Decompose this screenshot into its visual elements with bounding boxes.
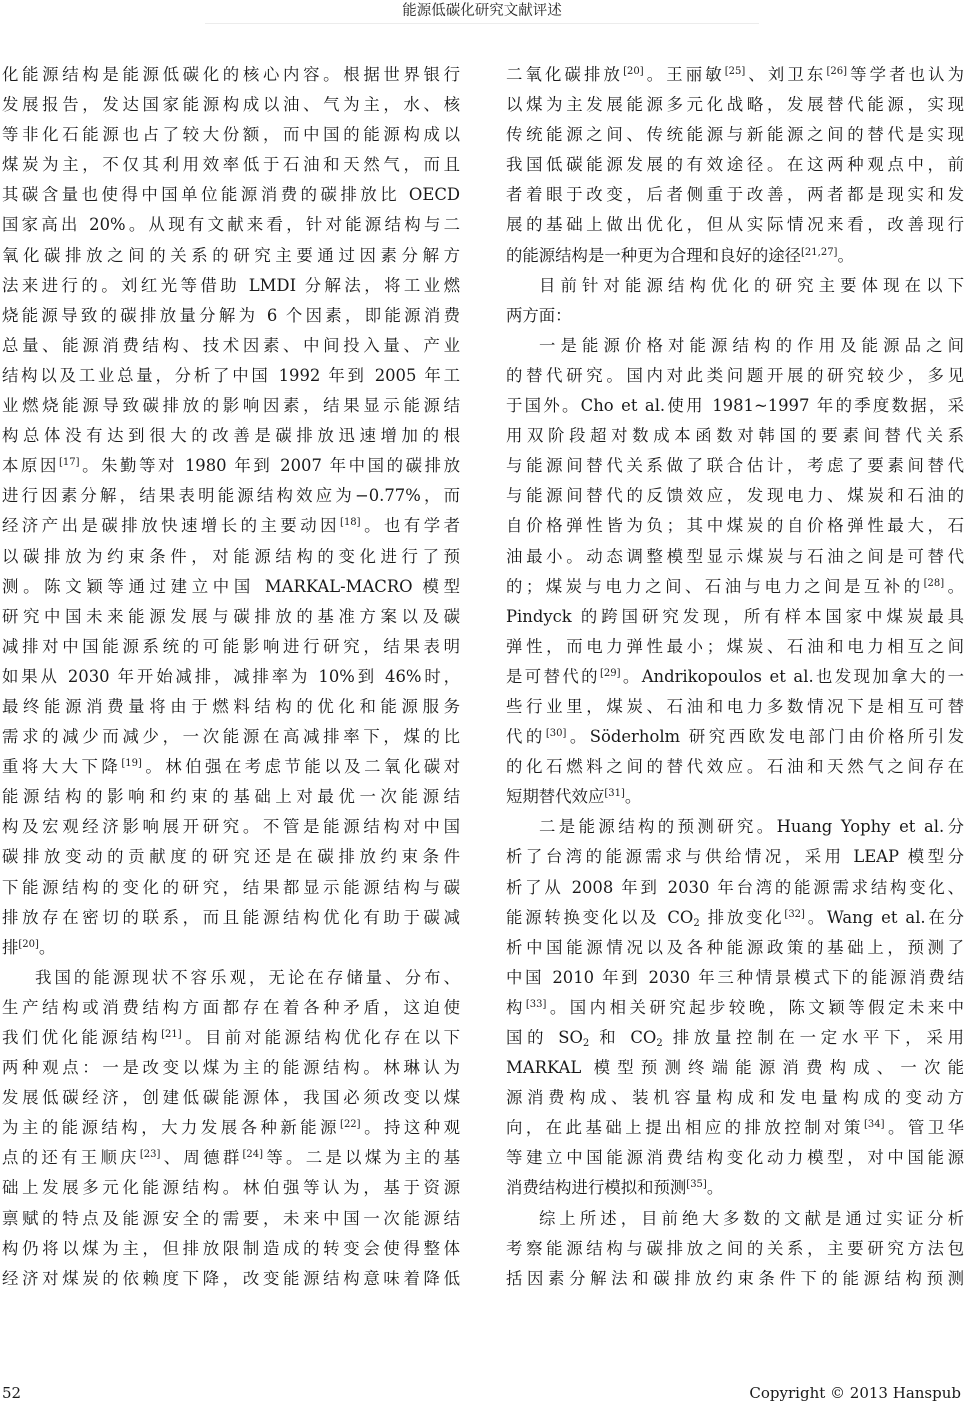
text-line: 向，在此基础上提出相应的排放控制对策[34]。管卫华: [506, 1113, 964, 1143]
text-run: 构仍将以煤为主，但排放限制造成的转变会使得整体: [2, 1239, 460, 1258]
text-run: 和 CO: [589, 1028, 656, 1047]
text-run: 。王丽敏: [644, 65, 725, 84]
text-run: 综上所述，目前绝大多数的文献是通过实证分析: [539, 1209, 964, 1228]
text-run: 业燃烧能源导致碳排放的影响因素，结果显示能源结: [2, 396, 460, 415]
text-run: Pindyck 的跨国研究发现，所有样本国家中煤炭最具: [506, 607, 964, 626]
text-run: 于国外。Cho et al.使用 1981~1997 年的季度数据，采: [506, 396, 964, 415]
text-line: 用双阶段超对数成本函数对韩国的要素间替代关系: [506, 421, 964, 451]
text-run: 我国低碳能源发展的有效途径。在这两种观点中，前: [506, 155, 964, 174]
text-line: 二氧化碳排放[20]。王丽敏[25]、刘卫东[26]等学者也认为: [506, 60, 964, 90]
text-line: 础上发展多元化能源结构。林伯强等认为，基于资源: [2, 1173, 460, 1203]
text-line: 构及宏观经济影响展开研究。不管是能源结构对中国: [2, 812, 460, 842]
text-line: 综上所述，目前绝大多数的文献是通过实证分析: [506, 1204, 964, 1234]
text-run: 烧能源导致的碳排放量分解为 6 个因素，即能源消费: [2, 306, 460, 325]
copyright-notice: Copyright © 2013 Hanspub: [749, 1384, 961, 1402]
text-run: 的；煤炭与电力之间、石油与电力之间是互补的: [506, 577, 924, 596]
text-line: 结构以及工业总量，分析了中国 1992 年到 2005 年工: [2, 361, 460, 391]
text-run: 等非化石能源也占了较大份额，而中国的能源构成以: [2, 125, 460, 144]
text-line: 进行因素分解，结果表明能源结构效应为−0.77%，而: [2, 481, 460, 511]
text-run: 禀赋的特点及能源安全的需要，未来中国一次能源结: [2, 1209, 460, 1228]
text-run: 我们优化能源结构: [2, 1028, 161, 1047]
text-line: 于国外。Cho et al.使用 1981~1997 年的季度数据，采: [506, 391, 964, 421]
text-run: 析了台湾的能源需求与供给情况，采用 LEAP 模型分: [506, 847, 964, 866]
text-run: 重将大大下降: [2, 757, 121, 776]
text-line: 析中国能源情况以及各种能源政策的基础上，预测了: [506, 933, 964, 963]
text-run: 碳排放变动的贡献度的研究还是在碳排放约束条件: [2, 847, 460, 866]
text-run: 、周德群: [160, 1148, 242, 1167]
text-line: 排放存在密切的联系，而且能源结构优化有助于碳减: [2, 903, 460, 933]
text-run: 两种观点：一是改变以煤为主的能源结构。林琳认为: [2, 1058, 460, 1077]
text-line: 生产结构或消费结构方面都存在着各种矛盾，这迫使: [2, 993, 460, 1023]
text-line: 自价格弹性皆为负；其中煤炭的自价格弹性最大，石: [506, 511, 964, 541]
text-run: 构及宏观经济影响展开研究。不管是能源结构对中国: [2, 817, 460, 836]
text-run: MARKAL 模型预测终端能源消费构成、一次能: [506, 1058, 964, 1077]
text-run: 。Söderholm 研究西欧发电部门由价格所引发: [566, 727, 964, 746]
text-line: 经济产出是碳排放快速增长的主要动因[18]。也有学者: [2, 511, 460, 541]
text-run: 。Andrikopoulos et al.也发现加拿大的一: [621, 667, 964, 686]
text-line: 的能源结构是一种更为合理和良好的途径[21,27]。: [506, 241, 964, 271]
text-run: 础上发展多元化能源结构。林伯强等认为，基于资源: [2, 1178, 460, 1197]
text-run: 我国的能源现状不容乐观，无论在存储量、分布、: [35, 968, 460, 987]
text-run: 等。二是以煤为主的基: [263, 1148, 460, 1167]
text-line: 排[20]。: [2, 933, 460, 963]
text-line: 等非化石能源也占了较大份额，而中国的能源构成以: [2, 120, 460, 150]
text-line: 国的 SO2 和 CO2 排放量控制在一定水平下，采用: [506, 1023, 964, 1053]
text-run: 。Wang et al.在分: [805, 908, 964, 927]
text-line: 者着眼于改变，后者侧重于改善，两者都是现实和发: [506, 180, 964, 210]
text-run: 下能源结构的变化的研究，结果都显示能源结构与碳: [2, 878, 460, 897]
text-run: 发展低碳经济，创建低碳能源体，我国必须改变以煤: [2, 1088, 460, 1107]
text-run: 如果从 2030 年开始减排，减排率为 10%到 46%时，: [2, 667, 460, 686]
text-run: 二氧化碳排放: [506, 65, 623, 84]
text-line: 研究中国未来能源发展与碳排放的基准方案以及碳: [2, 602, 460, 632]
text-line: 以煤为主发展能源多元化战略，发展替代能源，实现: [506, 90, 964, 120]
citation-ref: [31]: [604, 788, 625, 799]
running-header: 能源低碳化研究文献评述: [0, 0, 964, 24]
text-line: 源消费构成、装机容量构成和发电量构成的变动方: [506, 1083, 964, 1113]
text-line: 的化石燃料之间的替代效应。石油和天然气之间存在: [506, 752, 964, 782]
text-line: 与能源间替代关系做了联合估计，考虑了要素间替代: [506, 451, 964, 481]
text-run: 化能源结构是能源低碳化的核心内容。根据世界银行: [2, 65, 460, 84]
text-run: 本原因: [2, 456, 59, 475]
text-run: 。国内相关研究起步较晚，陈文颖等假定未来中: [546, 998, 964, 1017]
text-line: 法来进行的。刘红光等借助 LMDI 分解法，将工业燃: [2, 271, 460, 301]
text-run: 法来进行的。刘红光等借助 LMDI 分解法，将工业燃: [2, 276, 460, 295]
text-line: 发展低碳经济，创建低碳能源体，我国必须改变以煤: [2, 1083, 460, 1113]
text-run: 经济对煤炭的依赖度下降，改变能源结构意味着降低: [2, 1269, 460, 1288]
text-run: 总量、能源消费结构、技术因素、中间投入量、产业: [2, 336, 460, 355]
text-run: 排放变化: [700, 908, 785, 927]
right-text-column: 二氧化碳排放[20]。王丽敏[25]、刘卫东[26]等学者也认为以煤为主发展能源…: [506, 60, 964, 1294]
text-run: 是可替代的: [506, 667, 600, 686]
text-run: 发展报告，发达国家能源构成以油、气为主，水、核: [2, 95, 460, 114]
text-line: 二是能源结构的预测研究。Huang Yophy et al.分: [506, 812, 964, 842]
text-line: 构仍将以煤为主，但排放限制造成的转变会使得整体: [2, 1234, 460, 1264]
text-line: 煤炭为主，不仅其利用效率低于石油和天然气，而且: [2, 150, 460, 180]
text-line: 禀赋的特点及能源安全的需要，未来中国一次能源结: [2, 1204, 460, 1234]
text-run: 、刘卫东: [745, 65, 826, 84]
text-run: 需求的减少而减少，一次能源在高减排率下，煤的比: [2, 727, 460, 746]
text-run: 传统能源之间、传统能源与新能源之间的替代是实现: [506, 125, 964, 144]
citation-ref: [21,27]: [801, 247, 837, 258]
text-run: 等学者也认为: [847, 65, 964, 84]
text-line: 我国低碳能源发展的有效途径。在这两种观点中，前: [506, 150, 964, 180]
text-line: 国家高出 20%。从现有文献来看，针对能源结构与二: [2, 210, 460, 240]
text-line: 其碳含量也使得中国单位能源消费的碳排放比 OECD: [2, 180, 460, 210]
text-line: 是可替代的[29]。Andrikopoulos et al.也发现加拿大的一: [506, 662, 964, 692]
text-run: 等建立中国能源消费结构变化动力模型，对中国能源: [506, 1148, 964, 1167]
text-run: 结构以及工业总量，分析了中国 1992 年到 2005 年工: [2, 366, 460, 385]
citation-ref: [23]: [140, 1149, 161, 1160]
citation-ref: [26]: [826, 66, 847, 77]
text-line: 中国 2010 年到 2030 年三种情景模式下的能源消费结: [506, 963, 964, 993]
text-run: 油最小。动态调整模型显示煤炭与石油之间是可替代: [506, 547, 964, 566]
text-run: 排放存在密切的联系，而且能源结构优化有助于碳减: [2, 908, 460, 927]
citation-ref: [35]: [686, 1179, 707, 1190]
text-run: 国的 SO: [506, 1028, 583, 1047]
text-run: 。朱勤等对 1980 年到 2007 年中国的碳排放: [80, 456, 461, 475]
text-run: 生产结构或消费结构方面都存在着各种矛盾，这迫使: [2, 998, 460, 1017]
text-line: 考察能源结构与碳排放之间的关系，主要研究方法包: [506, 1234, 964, 1264]
text-line: 碳排放变动的贡献度的研究还是在碳排放约束条件: [2, 842, 460, 872]
citation-ref: [18]: [340, 517, 361, 528]
text-line: 如果从 2030 年开始减排，减排率为 10%到 46%时，: [2, 662, 460, 692]
text-line: 发展报告，发达国家能源构成以油、气为主，水、核: [2, 90, 460, 120]
text-run: 以煤为主发展能源多元化战略，发展替代能源，实现: [506, 95, 964, 114]
text-run: 。: [625, 787, 641, 806]
text-line: Pindyck 的跨国研究发现，所有样本国家中煤炭最具: [506, 602, 964, 632]
text-run: 经济产出是碳排放快速增长的主要动因: [2, 516, 340, 535]
text-run: 的化石燃料之间的替代效应。石油和天然气之间存在: [506, 757, 964, 776]
text-line: MARKAL 模型预测终端能源消费构成、一次能: [506, 1053, 964, 1083]
text-line: 烧能源导致的碳排放量分解为 6 个因素，即能源消费: [2, 301, 460, 331]
text-run: 排放量控制在一定水平下，采用: [663, 1028, 964, 1047]
citation-ref: [32]: [784, 909, 805, 920]
text-line: 析了从 2008 年到 2030 年台湾的能源需求结构变化、: [506, 873, 964, 903]
text-run: 以碳排放为约束条件，对能源结构的变化进行了预: [2, 547, 460, 566]
text-run: 与能源间替代关系做了联合估计，考虑了要素间替代: [506, 456, 964, 475]
text-run: 构: [506, 998, 526, 1017]
text-run: 最终能源消费量将由于燃料结构的优化和能源服务: [2, 697, 460, 716]
text-line: 总量、能源消费结构、技术因素、中间投入量、产业: [2, 331, 460, 361]
text-line: 与能源间替代的反馈效应，发现电力、煤炭和石油的: [506, 481, 964, 511]
text-line: 短期替代效应[31]。: [506, 782, 964, 812]
citation-ref: [22]: [340, 1119, 361, 1130]
text-run: 能源结构的影响和约束的基础上对最优一次能源结: [2, 787, 460, 806]
text-line: 能源结构的影响和约束的基础上对最优一次能源结: [2, 782, 460, 812]
text-line: 以碳排放为约束条件，对能源结构的变化进行了预: [2, 542, 460, 572]
text-line: 我们优化能源结构[21]。目前对能源结构优化存在以下: [2, 1023, 460, 1053]
text-line: 析了台湾的能源需求与供给情况，采用 LEAP 模型分: [506, 842, 964, 872]
text-line: 两方面：: [506, 301, 964, 331]
text-run: 源消费构成、装机容量构成和发电量构成的变动方: [506, 1088, 964, 1107]
text-run: 其碳含量也使得中国单位能源消费的碳排放比 OECD: [2, 185, 460, 204]
text-line: 为主的能源结构，大力发展各种新能源[22]。持这种观: [2, 1113, 460, 1143]
text-run: 。也有学者: [361, 516, 460, 535]
text-run: 目前针对能源结构优化的研究主要体现在以下: [539, 276, 964, 295]
text-line: 测。陈文颖等通过建立中国 MARKAL-MACRO 模型: [2, 572, 460, 602]
text-line: 的；煤炭与电力之间、石油与电力之间是互补的[28]。: [506, 572, 964, 602]
text-line: 需求的减少而减少，一次能源在高减排率下，煤的比: [2, 722, 460, 752]
text-line: 下能源结构的变化的研究，结果都显示能源结构与碳: [2, 873, 460, 903]
text-run: 弹性，而电力弹性最小；煤炭、石油和电力相互之间: [506, 637, 964, 656]
text-line: 氧化碳排放之间的关系的研究主要通过因素分解方: [2, 241, 460, 271]
text-run: 。: [837, 246, 853, 265]
text-line: 一是能源价格对能源结构的作用及能源品之间: [506, 331, 964, 361]
citation-ref: [25]: [725, 66, 746, 77]
text-line: 减排对中国能源系统的可能影响进行研究，结果表明: [2, 632, 460, 662]
header-divider: [205, 23, 759, 24]
text-run: 。持这种观: [361, 1118, 460, 1137]
text-run: 二是能源结构的预测研究。Huang Yophy et al.分: [539, 817, 964, 836]
text-run: 些行业里，煤炭、石油和电力多数情况下是相互可替: [506, 697, 964, 716]
citation-ref: [20]: [18, 939, 39, 950]
text-line: 我国的能源现状不容乐观，无论在存储量、分布、: [2, 963, 460, 993]
text-line: 传统能源之间、传统能源与新能源之间的替代是实现: [506, 120, 964, 150]
text-line: 构总体没有达到很大的改善是碳排放迅速增加的根: [2, 421, 460, 451]
text-run: 研究中国未来能源发展与碳排放的基准方案以及碳: [2, 607, 460, 626]
text-run: 。目前对能源结构优化存在以下: [182, 1028, 460, 1047]
text-run: 。管卫华: [884, 1118, 964, 1137]
text-run: 。: [707, 1178, 723, 1197]
citation-ref: [30]: [546, 728, 567, 739]
text-run: 考察能源结构与碳排放之间的关系，主要研究方法包: [506, 1239, 964, 1258]
text-line: 点的还有王顺庆[23]、周德群[24]等。二是以煤为主的基: [2, 1143, 460, 1173]
text-run: 向，在此基础上提出相应的排放控制对策: [506, 1118, 864, 1137]
text-run: 析中国能源情况以及各种能源政策的基础上，预测了: [506, 938, 964, 957]
citation-ref: [34]: [864, 1119, 885, 1130]
text-line: 展的基础上做出优化，但从实际情况来看，改善现行: [506, 210, 964, 240]
text-run: 能源转换变化以及 CO: [506, 908, 693, 927]
text-line: 构[33]。国内相关研究起步较晚，陈文颖等假定未来中: [506, 993, 964, 1023]
left-text-column: 化能源结构是能源低碳化的核心内容。根据世界银行发展报告，发达国家能源构成以油、气…: [2, 60, 460, 1294]
citation-ref: [17]: [59, 457, 80, 468]
text-run: 减排对中国能源系统的可能影响进行研究，结果表明: [2, 637, 460, 656]
text-run: 者着眼于改变，后者侧重于改善，两者都是现实和发: [506, 185, 964, 204]
text-line: 业燃烧能源导致碳排放的影响因素，结果显示能源结: [2, 391, 460, 421]
text-run: 的能源结构是一种更为合理和良好的途径: [506, 246, 801, 265]
page-number: 52: [2, 1384, 21, 1402]
text-run: 点的还有王顺庆: [2, 1148, 140, 1167]
text-run: 排: [2, 938, 18, 957]
text-run: 消费结构进行模拟和预测: [506, 1178, 686, 1197]
text-line: 等建立中国能源消费结构变化动力模型，对中国能源: [506, 1143, 964, 1173]
text-run: 一是能源价格对能源结构的作用及能源品之间: [539, 336, 964, 355]
text-line: 油最小。动态调整模型显示煤炭与石油之间是可替代: [506, 542, 964, 572]
text-line: 最终能源消费量将由于燃料结构的优化和能源服务: [2, 692, 460, 722]
text-run: 。: [39, 938, 55, 957]
text-line: 经济对煤炭的依赖度下降，改变能源结构意味着降低: [2, 1264, 460, 1294]
text-run: 展的基础上做出优化，但从实际情况来看，改善现行: [506, 215, 964, 234]
text-run: 自价格弹性皆为负；其中煤炭的自价格弹性最大，石: [506, 516, 964, 535]
text-run: 氧化碳排放之间的关系的研究主要通过因素分解方: [2, 246, 460, 265]
citation-ref: [20]: [623, 66, 644, 77]
text-line: 本原因[17]。朱勤等对 1980 年到 2007 年中国的碳排放: [2, 451, 460, 481]
text-run: 短期替代效应: [506, 787, 604, 806]
text-run: 测。陈文颖等通过建立中国 MARKAL-MACRO 模型: [2, 577, 460, 596]
citation-ref: [28]: [924, 578, 945, 589]
text-run: 为主的能源结构，大力发展各种新能源: [2, 1118, 340, 1137]
text-run: 用双阶段超对数成本函数对韩国的要素间替代关系: [506, 426, 964, 445]
text-run: 进行因素分解，结果表明能源结构效应为−0.77%，而: [2, 486, 460, 505]
text-line: 代的[30]。Söderholm 研究西欧发电部门由价格所引发: [506, 722, 964, 752]
text-run: 构总体没有达到很大的改善是碳排放迅速增加的根: [2, 426, 460, 445]
text-line: 些行业里，煤炭、石油和电力多数情况下是相互可替: [506, 692, 964, 722]
citation-ref: [29]: [600, 668, 621, 679]
running-header-title: 能源低碳化研究文献评述: [402, 3, 562, 19]
text-run: 国家高出 20%。从现有文献来看，针对能源结构与二: [2, 215, 460, 234]
text-run: 析了从 2008 年到 2030 年台湾的能源需求结构变化、: [506, 878, 964, 897]
text-line: 消费结构进行模拟和预测[35]。: [506, 1173, 964, 1203]
text-line: 化能源结构是能源低碳化的核心内容。根据世界银行: [2, 60, 460, 90]
text-run: 与能源间替代的反馈效应，发现电力、煤炭和石油的: [506, 486, 964, 505]
text-run: 。: [944, 577, 964, 596]
text-line: 弹性，而电力弹性最小；煤炭、石油和电力相互之间: [506, 632, 964, 662]
text-line: 括因素分解法和碳排放约束条件下的能源结构预测: [506, 1264, 964, 1294]
text-run: 。林伯强在考虑节能以及二氧化碳对: [142, 757, 460, 776]
text-run: 煤炭为主，不仅其利用效率低于石油和天然气，而且: [2, 155, 460, 174]
text-run: 代的: [506, 727, 546, 746]
text-run: 中国 2010 年到 2030 年三种情景模式下的能源消费结: [506, 968, 964, 987]
citation-ref: [24]: [243, 1149, 264, 1160]
text-line: 目前针对能源结构优化的研究主要体现在以下: [506, 271, 964, 301]
citation-ref: [21]: [161, 1029, 182, 1040]
citation-ref: [19]: [121, 758, 142, 769]
text-line: 两种观点：一是改变以煤为主的能源结构。林琳认为: [2, 1053, 460, 1083]
text-run: 的替代研究。国内对此类问题开展的研究较少，多见: [506, 366, 964, 385]
text-line: 的替代研究。国内对此类问题开展的研究较少，多见: [506, 361, 964, 391]
citation-ref: [33]: [526, 999, 547, 1010]
text-run: 括因素分解法和碳排放约束条件下的能源结构预测: [506, 1269, 964, 1288]
text-line: 能源转换变化以及 CO2 排放变化[32]。Wang et al.在分: [506, 903, 964, 933]
text-run: 两方面：: [506, 306, 572, 325]
text-line: 重将大大下降[19]。林伯强在考虑节能以及二氧化碳对: [2, 752, 460, 782]
